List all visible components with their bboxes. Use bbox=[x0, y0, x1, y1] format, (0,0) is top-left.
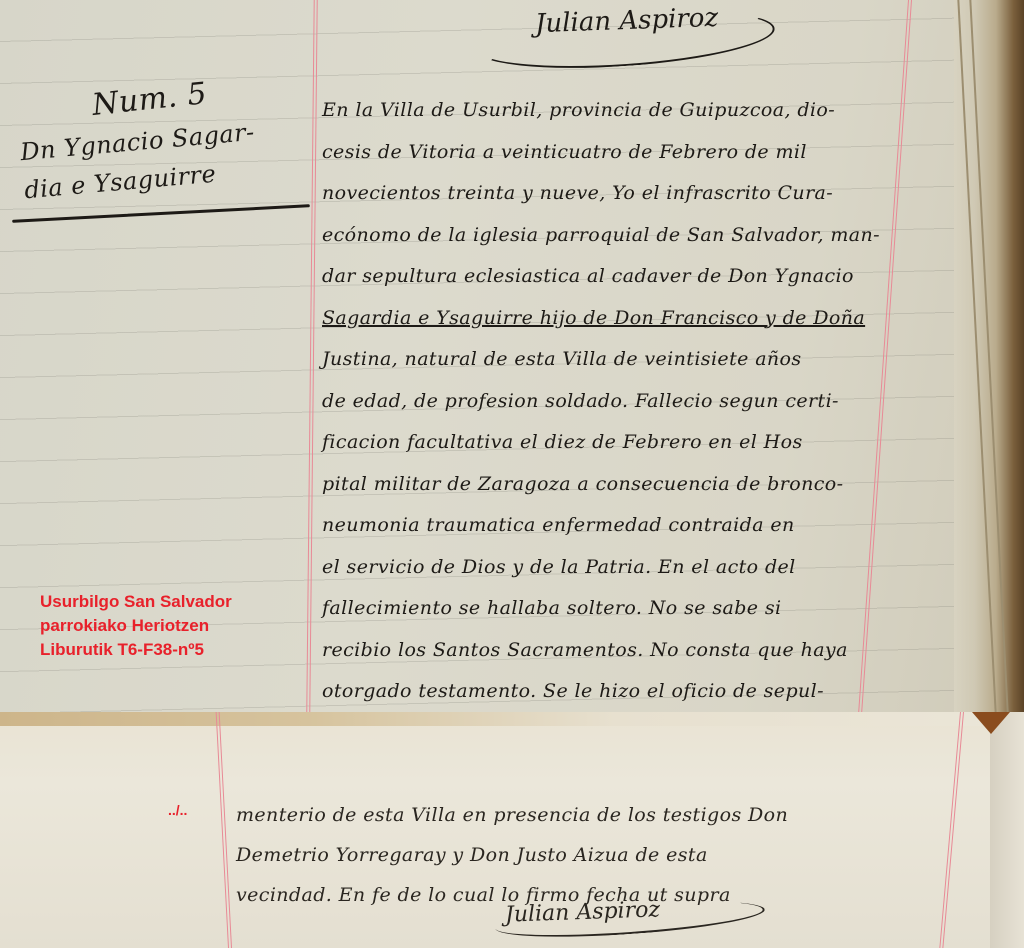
body-line: Justina, natural de esta Villa de veinti… bbox=[322, 339, 1002, 381]
continuation-mark: ../.. bbox=[168, 802, 187, 818]
body-line: Sagardia e Ysaguirre hijo de Don Francis… bbox=[322, 298, 1002, 340]
caption-line: Liburutik T6-F38-nº5 bbox=[40, 638, 232, 662]
archive-caption: Usurbilgo San Salvador parrokiako Heriot… bbox=[40, 590, 232, 662]
continuation-line: menterio de esta Villa en presencia de l… bbox=[236, 795, 986, 835]
caption-line: Usurbilgo San Salvador bbox=[40, 590, 232, 614]
body-line: novecientos treinta y nueve, Yo el infra… bbox=[322, 173, 1002, 215]
body-line: recibio los Santos Sacramentos. No const… bbox=[322, 630, 1002, 672]
body-line: otorgado testamento. Se le hizo el ofici… bbox=[322, 671, 1002, 712]
continuation-line: Demetrio Yorregaray y Don Justo Aizua de… bbox=[236, 835, 986, 875]
body-line: de edad, de profesion soldado. Fallecio … bbox=[322, 381, 1002, 423]
body-line: fallecimiento se hallaba soltero. No se … bbox=[322, 588, 1002, 630]
caption-line: parrokiako Heriotzen bbox=[40, 614, 232, 638]
register-page-top-photo: Julian Aspiroz Num. 5 Dn Ygnacio Sagar- … bbox=[0, 0, 1024, 712]
top-signature: Julian Aspiroz bbox=[535, 3, 719, 39]
body-line: neumonia traumatica enfermedad contraida… bbox=[322, 505, 1002, 547]
record-body: En la Villa de Usurbil, provincia de Gui… bbox=[322, 90, 1002, 712]
continuation-body: menterio de esta Villa en presencia de l… bbox=[236, 795, 986, 915]
page-top-edge bbox=[0, 712, 1024, 726]
facing-page bbox=[990, 712, 1024, 948]
body-line: ecónomo de la iglesia parroquial de San … bbox=[322, 215, 1002, 257]
body-line: dar sepultura eclesiastica al cadaver de… bbox=[322, 256, 1002, 298]
body-line: pital militar de Zaragoza a consecuencia… bbox=[322, 464, 1002, 506]
body-line: ficacion facultativa el diez de Febrero … bbox=[322, 422, 1002, 464]
body-line: el servicio de Dios y de la Patria. En e… bbox=[322, 547, 1002, 589]
